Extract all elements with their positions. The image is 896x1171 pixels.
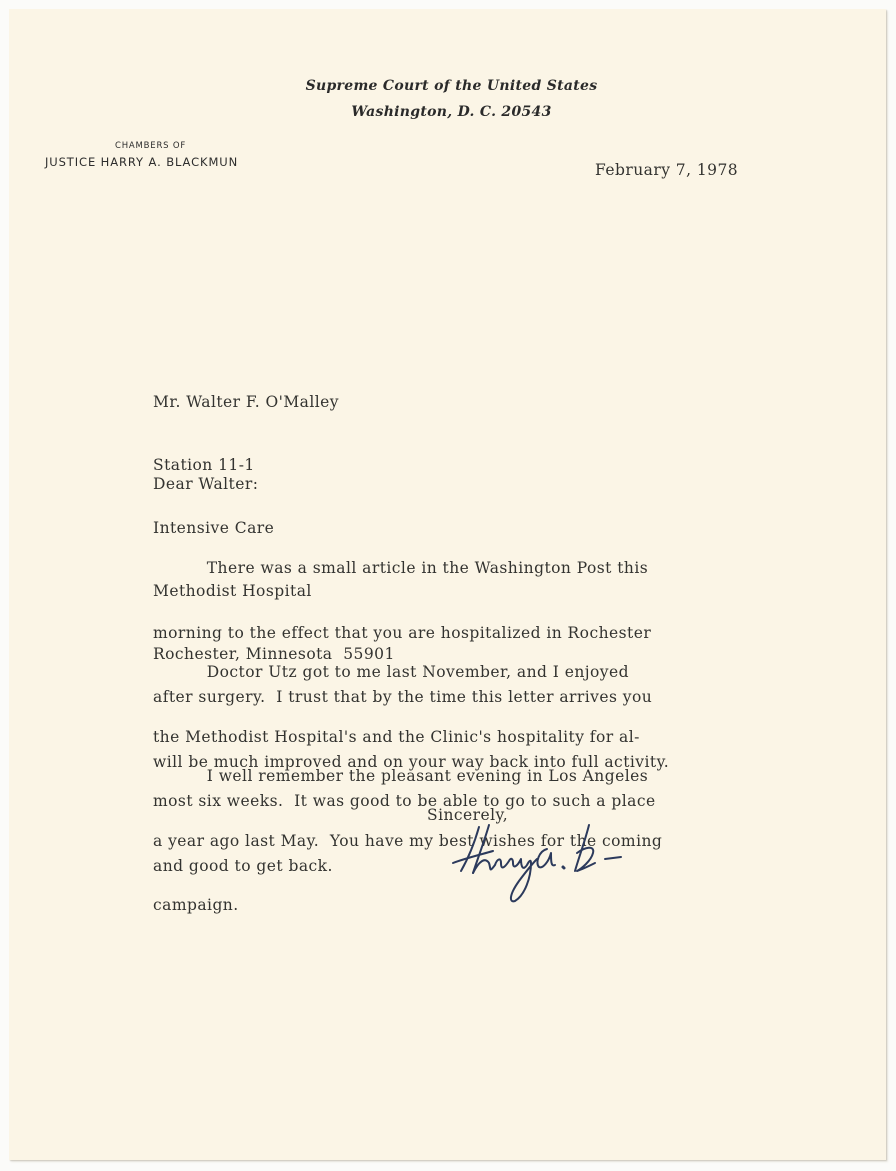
paragraph-line: Doctor Utz got to me last November, and … [153, 662, 656, 684]
address-line: Mr. Walter F. O'Malley [153, 392, 395, 413]
chambers-label: CHAMBERS OF [115, 141, 186, 151]
letterhead-court-name: Supreme Court of the United States [13, 78, 890, 94]
letter-date: February 7, 1978 [595, 161, 738, 179]
letterhead-address: Washington, D. C. 20543 [13, 104, 890, 120]
salutation: Dear Walter: [153, 475, 258, 493]
handwritten-signature-icon [449, 819, 629, 904]
letter-page: Supreme Court of the United States Washi… [9, 9, 886, 1160]
chambers-justice-name: JUSTICE HARRY A. BLACKMUN [45, 155, 238, 169]
paragraph-line: There was a small article in the Washing… [153, 558, 669, 580]
paragraph-line: I well remember the pleasant evening in … [153, 766, 662, 788]
address-line: Station 11-1 [153, 455, 395, 476]
